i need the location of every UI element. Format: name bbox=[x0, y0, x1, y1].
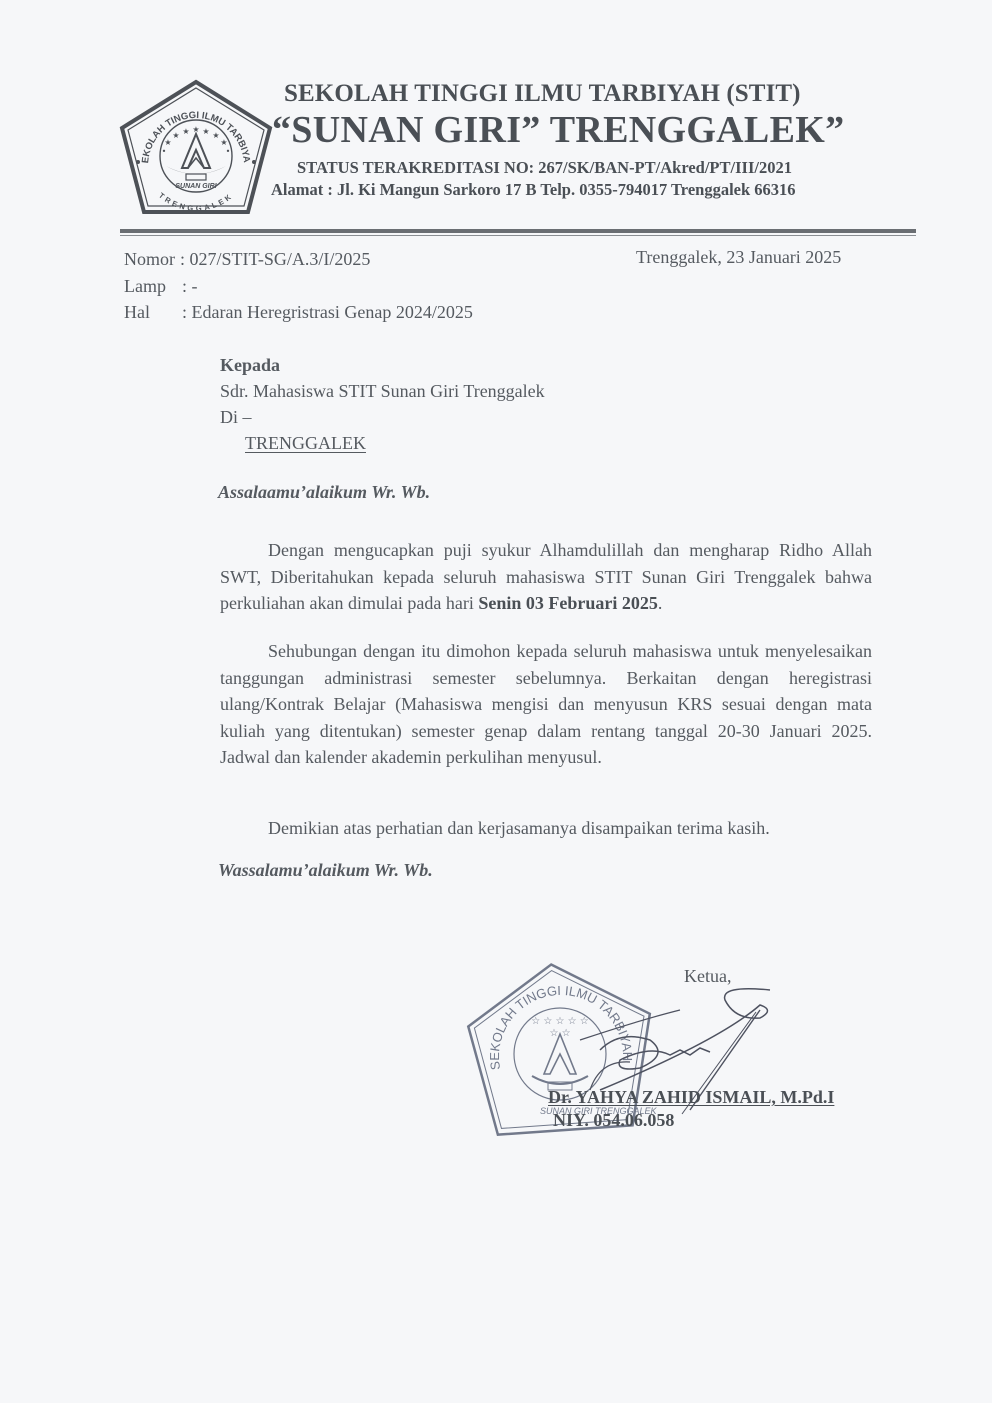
institution-seal-icon: SEKOLAH TINGGI ILMU TARBIYAH SUNAN GIRI … bbox=[116, 78, 276, 218]
meta-value: : Edaran Heregristrasi Genap 2024/2025 bbox=[182, 299, 473, 326]
institution-address: Alamat : Jl. Ki Mangun Sarkoro 17 B Telp… bbox=[271, 180, 796, 200]
svg-text:SUNAN GIRI: SUNAN GIRI bbox=[175, 183, 217, 190]
signer-title: Ketua, bbox=[684, 966, 731, 987]
meta-nomor: Nomor : 027/STIT-SG/A.3/I/2025 bbox=[124, 246, 473, 273]
meta-label: Hal bbox=[124, 299, 182, 326]
institution-name: SEKOLAH TINGGI ILMU TARBIYAH (STIT) bbox=[284, 80, 884, 108]
svg-text:★: ★ bbox=[220, 138, 227, 147]
addressee-di: Di – bbox=[220, 404, 545, 430]
meta-value: : - bbox=[182, 273, 198, 300]
addressee-recipient: Sdr. Mahasiswa STIT Sunan Giri Trenggale… bbox=[220, 378, 545, 404]
signer-id: NIY. 054.06.058 bbox=[553, 1110, 674, 1131]
svg-text:★: ★ bbox=[212, 131, 219, 140]
institution-subtitle: “SUNAN GIRI” TRENGGALEK” bbox=[272, 108, 892, 152]
meta-label: Lamp bbox=[124, 273, 182, 300]
svg-text:TRENGGALEK: TRENGGALEK bbox=[157, 191, 235, 213]
body-paragraph-1: Dengan mengucapkan puji syukur Alhamduli… bbox=[220, 537, 872, 617]
meta-value: : 027/STIT-SG/A.3/I/2025 bbox=[180, 246, 370, 273]
svg-text:★: ★ bbox=[172, 131, 179, 140]
signer-name: Dr. YAHYA ZAHID ISMAIL, M.Pd.I bbox=[548, 1087, 834, 1108]
body-paragraph-2: Sehubungan dengan itu dimohon kepada sel… bbox=[220, 638, 872, 771]
svg-text:•: • bbox=[162, 147, 167, 156]
letter-meta: Nomor : 027/STIT-SG/A.3/I/2025 Lamp : - … bbox=[124, 246, 473, 326]
meta-hal: Hal : Edaran Heregristrasi Genap 2024/20… bbox=[124, 299, 473, 326]
addressee-city: TRENGGALEK bbox=[220, 430, 545, 456]
svg-text:★: ★ bbox=[202, 127, 209, 136]
place-date: Trenggalek, 23 Januari 2025 bbox=[636, 247, 841, 268]
header-divider-thin bbox=[120, 235, 916, 236]
addressee-block: Kepada Sdr. Mahasiswa STIT Sunan Giri Tr… bbox=[220, 352, 545, 456]
greeting: Assalaamu’alaikum Wr. Wb. bbox=[218, 482, 430, 503]
body-paragraph-3: Demikian atas perhatian dan kerjasamanya… bbox=[220, 815, 872, 842]
letter-page: SEKOLAH TINGGI ILMU TARBIYAH SUNAN GIRI … bbox=[0, 0, 992, 1403]
meta-lamp: Lamp : - bbox=[124, 273, 473, 300]
paragraph-end: . bbox=[658, 593, 663, 613]
closing-greeting: Wassalamu’alaikum Wr. Wb. bbox=[218, 860, 433, 881]
svg-text:★: ★ bbox=[182, 127, 189, 136]
header-divider bbox=[120, 229, 916, 233]
svg-text:•: • bbox=[226, 147, 231, 156]
addressee-heading: Kepada bbox=[220, 352, 545, 378]
svg-text:★: ★ bbox=[164, 138, 171, 147]
start-date-emphasis: Senin 03 Februari 2025 bbox=[478, 593, 658, 613]
accreditation-status: STATUS TERAKREDITASI NO: 267/SK/BAN-PT/A… bbox=[297, 158, 792, 178]
meta-label: Nomor bbox=[124, 246, 180, 273]
